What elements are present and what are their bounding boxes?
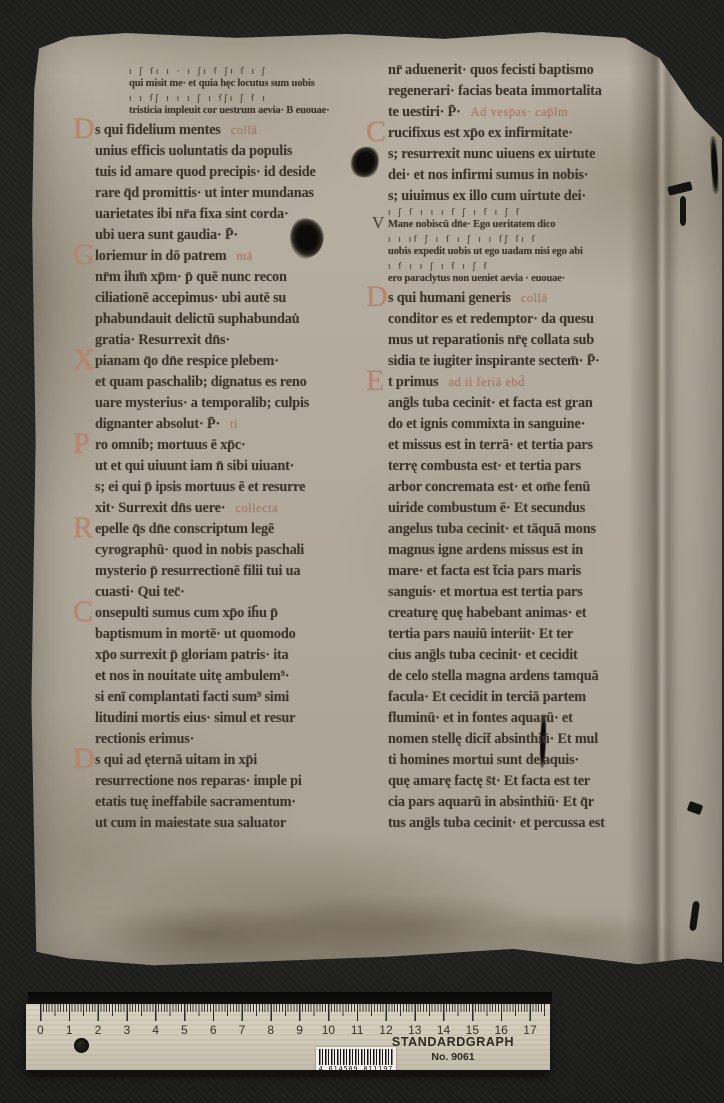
- drop-cap-initial: V: [372, 218, 378, 228]
- text-line: Ds qui fidelium mentescollā: [95, 120, 397, 141]
- ruler-number: 4: [141, 1023, 170, 1037]
- text-line: angelus tuba cecinit· et tāquā mons: [388, 519, 690, 540]
- rubric: collā: [231, 123, 258, 137]
- ruler-brand-block: STANDARDGRAPH No. 9061: [388, 1035, 518, 1063]
- text-column-left: ı ʃ ſı ı · ı ʃı ſ ʃı ſ ı ʃqui misit me· …: [95, 66, 397, 834]
- text-line: anḡls tuba cecinit· et facta est gran: [388, 393, 690, 414]
- line-text: rectionis erimus·: [95, 731, 194, 747]
- text-line: conditor es et redemptor· da quesu: [388, 309, 690, 330]
- text-line: cius anḡls tuba cecinit· et cecidit: [388, 645, 690, 666]
- drop-cap-initial: G: [73, 250, 79, 260]
- drop-cap-initial: C: [366, 127, 372, 137]
- line-text: de celo stella magna ardens tamquā: [388, 668, 598, 684]
- line-text: nr̄ aduenerit· quos fecisti baptismo: [388, 62, 594, 78]
- ruler-number: 0: [26, 1023, 55, 1037]
- text-line: ti homines mortui sunt de aquis·: [388, 750, 690, 771]
- text-line: te uestiri· P̄·Ad vesp̄as· cap̄lm: [388, 102, 690, 123]
- line-text: s; resurrexit nunc uiuens ex uirtute: [388, 146, 595, 162]
- text-line: et quam paschalib; dignatus es reno: [95, 372, 397, 393]
- ruler-number: 2: [84, 1023, 113, 1037]
- neume-row: ı ʃ ſ ı ı ı ſ ʃ ı ſ ı ʃ ſ: [388, 208, 690, 218]
- text-line: dignanter absolut· P̄·ti: [95, 414, 397, 435]
- drop-cap-initial: R: [73, 523, 79, 533]
- line-text: sidia te iugiter inspirante sectem̄· P̄·: [388, 353, 600, 369]
- text-line: facula· Et cecidit in terciā partem: [388, 687, 690, 708]
- line-text: litudini mortis eius· simul et resur: [95, 710, 295, 726]
- text-line: tertia pars nauiū interiit· Et ter: [388, 624, 690, 645]
- line-text: s qui fidelium mentes: [95, 122, 221, 138]
- drop-cap-initial: P: [73, 439, 79, 449]
- line-text: s qui ad ęternā uitam in xp̄i: [95, 752, 257, 768]
- text-line: gratia· Resurrexit dn̄s·: [95, 330, 397, 351]
- text-line: uiride combustum ē· Et secundus: [388, 498, 690, 519]
- manuscript-photo: ı ʃ ſı ı · ı ʃı ſ ʃı ſ ı ʃqui misit me· …: [0, 0, 724, 1103]
- line-text: resurrectione nos reparas· imple pi: [95, 773, 302, 789]
- ruler-number: 10: [314, 1023, 343, 1037]
- line-text: ut et qui uiuunt iam n̄ sibi uiuant·: [95, 458, 294, 474]
- line-text: dei· et nos infirmi sumus in nobis·: [388, 167, 588, 183]
- text-line: ubi uera sunt gaudia· P̄·: [95, 225, 397, 246]
- parchment-tear: [709, 136, 719, 194]
- text-line: ı ʃ ſı ı · ı ʃı ſ ʃı ſ ı ʃqui misit me· …: [95, 66, 397, 93]
- ruler-edge: [28, 992, 552, 1004]
- line-text: s; uiuimus ex illo cum uirtute dei·: [388, 188, 586, 204]
- line-text: facula· Et cecidit in terciā partem: [388, 689, 586, 705]
- text-line: sanguis· et mortua est tertia pars: [388, 582, 690, 603]
- line-text: phabundauit delictū suphabundau̇: [95, 311, 299, 327]
- ruler-number: 17: [516, 1023, 545, 1037]
- line-text: nr̄m ihm̄ xp̄m· p̄ quē nunc recon: [95, 269, 287, 285]
- text-line: Et primusad ii feriā ebd̄: [388, 372, 690, 393]
- text-line: cyrographū· quod in nobis paschali: [95, 540, 397, 561]
- line-text: regenerari· facias beata immortalita: [388, 83, 602, 99]
- drop-cap-initial: D: [366, 292, 372, 302]
- line-text: do et ignis commixta in sanguine·: [388, 416, 585, 432]
- line-text: loriemur in dō patrem: [95, 248, 226, 264]
- text-line: de celo stella magna ardens tamquā: [388, 666, 690, 687]
- line-text: dignanter absolut· P̄·: [95, 416, 220, 432]
- line-text: magnus igne ardens missus est in: [388, 542, 583, 558]
- text-line: xp̄o surrexit p̄ gloriam patris· ita: [95, 645, 397, 666]
- line-text: ero paraclytus non ueniet aevia · euouae…: [388, 273, 565, 284]
- drop-cap-initial: E: [366, 376, 372, 386]
- text-line: regenerari· facias beata immortalita: [388, 81, 690, 102]
- text-column-right: nr̄ aduenerit· quos fecisti baptismo reg…: [388, 60, 690, 834]
- ruler-number: 11: [343, 1023, 372, 1037]
- ruler-brand: STANDARDGRAPH: [388, 1035, 518, 1049]
- line-text: uiride combustum ē· Et secundus: [388, 500, 585, 516]
- text-line: Crucifixus est xp̄o ex infirmitate·: [388, 123, 690, 144]
- ruler: 01234567891011121314151617 4 014509 0111…: [26, 992, 550, 1084]
- text-line: mysterio p̄ resurrectionē filii tui ua: [95, 561, 397, 582]
- neume-row: ı ı ıſ ʃ ı ſ ı ʃ ı ı ſʃ ſı ſ: [388, 235, 690, 245]
- line-text: creaturę quę habebant animas· et: [388, 605, 586, 621]
- line-text: t primus: [388, 374, 438, 390]
- text-line: s; resurrexit nunc uiuens ex uirtute: [388, 144, 690, 165]
- line-text: uobis expedit uobis ut ego uadam nisi eg…: [388, 246, 583, 257]
- text-line: mus ut reparationis nr̄ę collata sub: [388, 330, 690, 351]
- text-line: baptismum in mortē· ut quomodo: [95, 624, 397, 645]
- line-text: cia pars aquarū in absinthiū· Et q̄r: [388, 794, 594, 810]
- ruler-number: 8: [256, 1023, 285, 1037]
- text-line: do et ignis commixta in sanguine·: [388, 414, 690, 435]
- text-line: ı ſ ı ı ʃ ı ſ ı ʃ ſero paraclytus non ue…: [388, 261, 690, 288]
- line-text: tuis id amare quod precipis· id deside: [95, 164, 316, 180]
- line-text: ro omnib; mortuus ē xp̄c·: [95, 437, 246, 453]
- line-text: te uestiri· P̄·: [388, 104, 461, 120]
- text-line: Consepulti sumus cum xp̄o ih̄u p̄: [95, 603, 397, 624]
- text-line: phabundauit delictū suphabundau̇: [95, 309, 397, 330]
- barcode-bars: [319, 1049, 393, 1065]
- drop-cap-initial: X: [73, 355, 79, 365]
- text-line: dei· et nos infirmi sumus in nobis·: [388, 165, 690, 186]
- text-line: nomen stellę dicit̄ absinthiū· Et mul: [388, 729, 690, 750]
- neume-row: ı ı ſʃ ı ı ı ʃ ı ſʃı ʃ ſ ı: [129, 94, 397, 104]
- rubric: Ad vesp̄as· cap̄lm: [471, 105, 569, 119]
- line-text: sanguis· et mortua est tertia pars: [388, 584, 583, 600]
- line-text: tristicia impleuit cor uestrum aevia· B …: [129, 105, 330, 116]
- line-text: unius efficis uoluntatis da populis: [95, 143, 292, 159]
- line-text: terrę combusta est· et tertia pars: [388, 458, 581, 474]
- line-text: tertia pars nauiū interiit· Et ter: [388, 626, 573, 642]
- line-text: anḡls tuba cecinit· et facta est gran: [388, 395, 593, 411]
- text-line: uarietates ibi nr̄a fixa sint corda·: [95, 204, 397, 225]
- text-line: tus anḡls tuba cecinit· et percussa est: [388, 813, 690, 834]
- line-text: tus anḡls tuba cecinit· et percussa est: [388, 815, 605, 831]
- rubric: mā: [236, 249, 252, 263]
- text-line: creaturę quę habebant animas· et: [388, 603, 690, 624]
- line-text: et nos in nouitate uitę ambulem⁹·: [95, 668, 289, 684]
- neume-row: ı ʃ ſı ı · ı ʃı ſ ʃı ſ ı ʃ: [129, 67, 397, 77]
- text-line: et missus est in terrā· et tertia pars: [388, 435, 690, 456]
- text-line: nr̄m ihm̄ xp̄m· p̄ quē nunc recon: [95, 267, 397, 288]
- text-line: Pro omnib; mortuus ē xp̄c·: [95, 435, 397, 456]
- text-line: rare q̄d promittis· ut inter mundanas: [95, 183, 397, 204]
- text-line: ciliationē accepimus· ubi autē su: [95, 288, 397, 309]
- text-line: rectionis erimus·: [95, 729, 397, 750]
- text-line: arbor concremata est· et om̄e fenū: [388, 477, 690, 498]
- text-line: resurrectione nos reparas· imple pi: [95, 771, 397, 792]
- line-text: etatis tuę ineffabile sacramentum·: [95, 794, 296, 810]
- text-line: etatis tuę ineffabile sacramentum·: [95, 792, 397, 813]
- text-line: Xpianam q̄o dn̄e respice plebem·: [95, 351, 397, 372]
- line-text: qui misit me· et quia hęc locutus sum uo…: [129, 78, 315, 89]
- line-text: epelle q̄s dn̄e conscriptum legē: [95, 521, 274, 537]
- text-line: Ds qui ad ęternā uitam in xp̄i: [95, 750, 397, 771]
- line-text: ciliationē accepimus· ubi autē su: [95, 290, 286, 306]
- text-line: s; ei qui p̄ ipsis mortuus ē et resurre: [95, 477, 397, 498]
- line-text: et missus est in terrā· et tertia pars: [388, 437, 593, 453]
- text-line: terrę combusta est· et tertia pars: [388, 456, 690, 477]
- drop-cap-initial: C: [73, 607, 79, 617]
- line-text: fluminū· et in fontes aquarū· et: [388, 710, 573, 726]
- ruler-number: 5: [170, 1023, 199, 1037]
- line-text: cyrographū· quod in nobis paschali: [95, 542, 304, 558]
- text-line: nr̄ aduenerit· quos fecisti baptismo: [388, 60, 690, 81]
- line-text: s qui humani generis: [388, 290, 511, 306]
- water-stain: [42, 896, 708, 966]
- ruler-scale: [40, 1004, 546, 1022]
- ruler-edge-bottom: [30, 1070, 544, 1077]
- line-text: ubi uera sunt gaudia· P̄·: [95, 227, 238, 243]
- ruler-body: 01234567891011121314151617 4 014509 0111…: [26, 1004, 550, 1070]
- line-text: angelus tuba cecinit· et tāquā mons: [388, 521, 596, 537]
- text-line: tuis id amare quod precipis· id deside: [95, 162, 397, 183]
- line-text: xit· Surrexit dn̄s uere·: [95, 500, 225, 516]
- text-line: Gloriemur in dō patremmā: [95, 246, 397, 267]
- line-text: mare· et facta est t̄cia pars maris: [388, 563, 581, 579]
- text-line: Ds qui humani generiscollā: [388, 288, 690, 309]
- line-text: ut cum in maiestate sua saluator: [95, 815, 286, 831]
- line-text: si enī complantati facti sum⁹ simi: [95, 689, 289, 705]
- ruler-number: 9: [285, 1023, 314, 1037]
- neume-row: ı ſ ı ı ʃ ı ſ ı ʃ ſ: [388, 262, 690, 272]
- rubric: collecta: [235, 501, 278, 515]
- line-text: ti homines mortui sunt de aquis·: [388, 752, 579, 768]
- text-line: si enī complantati facti sum⁹ simi: [95, 687, 397, 708]
- text-line: ut et qui uiuunt iam n̄ sibi uiuant·: [95, 456, 397, 477]
- line-text: uare mysterius· a temporalib; culpis: [95, 395, 309, 411]
- ruler-number: 1: [55, 1023, 84, 1037]
- line-text: baptismum in mortē· ut quomodo: [95, 626, 296, 642]
- line-text: conditor es et redemptor· da quesu: [388, 311, 594, 327]
- text-line: xit· Surrexit dn̄s uere·collecta: [95, 498, 397, 519]
- line-text: quę amarę factę s̄t· Et facta est ter: [388, 773, 590, 789]
- rubric: ad ii feriā ebd̄: [448, 375, 525, 389]
- line-text: uarietates ibi nr̄a fixa sint corda·: [95, 206, 289, 222]
- text-line: ı ı ıſ ʃ ı ſ ı ʃ ı ı ſʃ ſı ſuobis expedi…: [388, 234, 690, 261]
- line-text: mysterio p̄ resurrectionē filii tui ua: [95, 563, 300, 579]
- text-line: quę amarę factę s̄t· Et facta est ter: [388, 771, 690, 792]
- text-line: mare· et facta est t̄cia pars maris: [388, 561, 690, 582]
- ruler-number: 6: [199, 1023, 228, 1037]
- line-text: xp̄o surrexit p̄ gloriam patris· ita: [95, 647, 288, 663]
- drop-cap-initial: D: [73, 754, 79, 764]
- line-text: onsepulti sumus cum xp̄o ih̄u p̄: [95, 605, 278, 621]
- line-text: Mane nobiscū dn̄e· Ego ueritatem dico: [388, 219, 555, 230]
- text-line: cuasti· Qui tec̄·: [95, 582, 397, 603]
- line-text: rare q̄d promittis· ut inter mundanas: [95, 185, 314, 201]
- text-line: ı ʃ ſ ı ı ı ſ ʃ ı ſ ı ʃ ſVMane nobiscū d…: [388, 207, 690, 234]
- line-text: rucifixus est xp̄o ex infirmitate·: [388, 125, 573, 141]
- line-text: arbor concremata est· et om̄e fenū: [388, 479, 590, 495]
- text-line: unius efficis uoluntatis da populis: [95, 141, 397, 162]
- line-text: mus ut reparationis nr̄ę collata sub: [388, 332, 594, 348]
- text-line: uare mysterius· a temporalib; culpis: [95, 393, 397, 414]
- text-line: ı ı ſʃ ı ı ı ʃ ı ſʃı ʃ ſ ıtristicia impl…: [95, 93, 397, 120]
- line-text: pianam q̄o dn̄e respice plebem·: [95, 353, 279, 369]
- text-line: cia pars aquarū in absinthiū· Et q̄r: [388, 792, 690, 813]
- line-text: gratia· Resurrexit dn̄s·: [95, 332, 230, 348]
- text-line: Repelle q̄s dn̄e conscriptum legē: [95, 519, 397, 540]
- line-text: nomen stellę dicit̄ absinthiū· Et mul: [388, 731, 598, 747]
- text-line: magnus igne ardens missus est in: [388, 540, 690, 561]
- line-text: et quam paschalib; dignatus es reno: [95, 374, 307, 390]
- drop-cap-initial: D: [73, 124, 79, 134]
- text-line: s; uiuimus ex illo cum uirtute dei·: [388, 186, 690, 207]
- text-line: sidia te iugiter inspirante sectem̄· P̄·: [388, 351, 690, 372]
- rubric: collā: [521, 291, 548, 305]
- ruler-number: 3: [112, 1023, 141, 1037]
- text-line: et nos in nouitate uitę ambulem⁹·: [95, 666, 397, 687]
- text-line: fluminū· et in fontes aquarū· et: [388, 708, 690, 729]
- text-line: ut cum in maiestate sua saluator: [95, 813, 397, 834]
- rubric: ti: [230, 417, 238, 431]
- manuscript-page: ı ʃ ſı ı · ı ʃı ſ ʃı ſ ı ʃqui misit me· …: [28, 8, 722, 972]
- line-text: s; ei qui p̄ ipsis mortuus ē et resurre: [95, 479, 305, 495]
- ruler-number: 7: [228, 1023, 257, 1037]
- ruler-hole: [74, 1038, 89, 1053]
- text-line: litudini mortis eius· simul et resur: [95, 708, 397, 729]
- ruler-model: No. 9061: [388, 1051, 518, 1063]
- line-text: cuasti· Qui tec̄·: [95, 584, 185, 600]
- line-text: cius anḡls tuba cecinit· et cecidit: [388, 647, 578, 663]
